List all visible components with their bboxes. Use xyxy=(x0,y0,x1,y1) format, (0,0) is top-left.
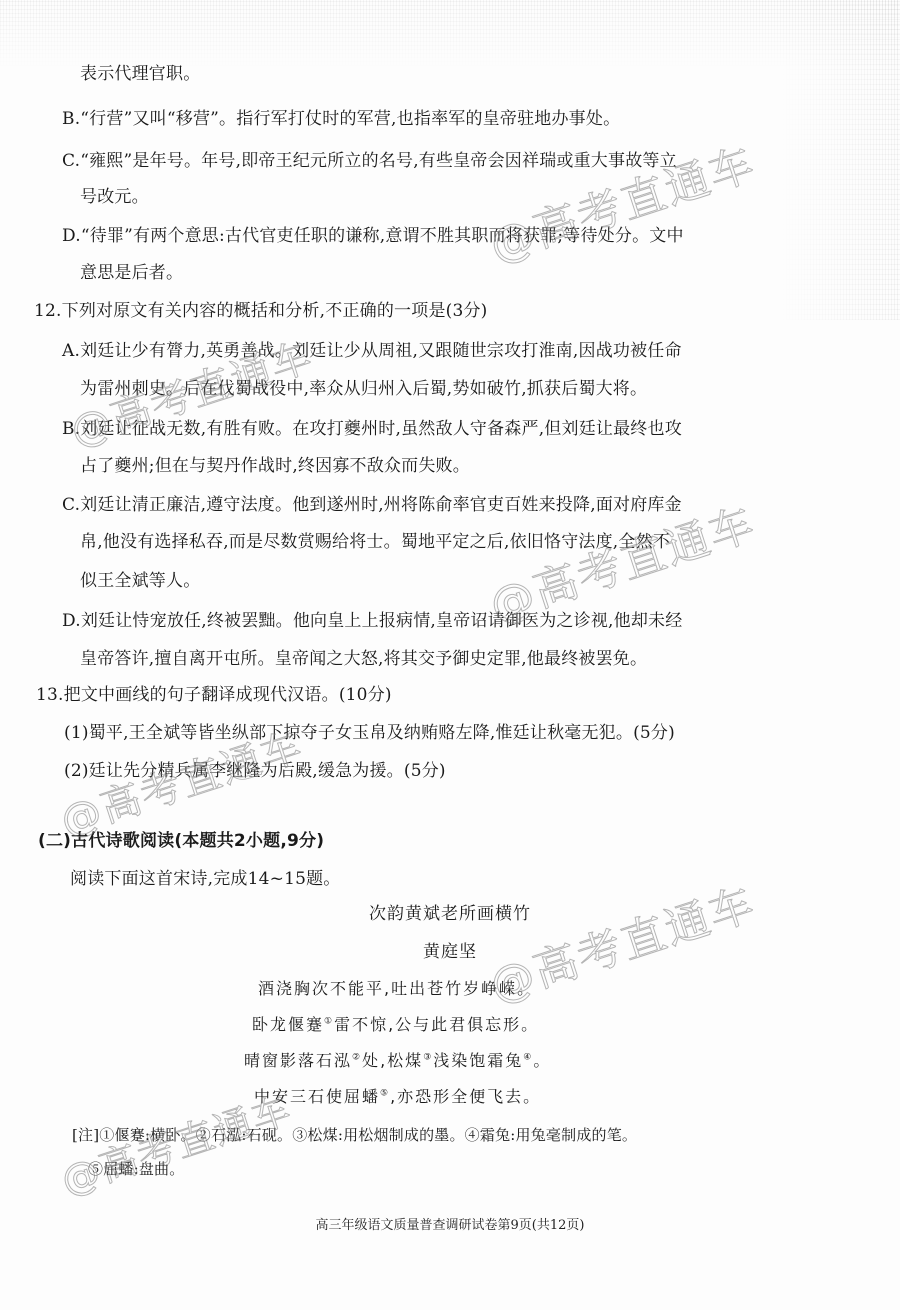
q12-option-d-line2: 皇帝答许,擅自离开屯所。皇帝闻之大怒,将其交予御史定罪,他最终被罢免。 xyxy=(80,648,647,670)
poem-line-2-text-a: 卧龙偃蹇 xyxy=(252,1015,324,1034)
q11-option-a-tail: 表示代理官职。 xyxy=(80,63,200,85)
q13-stem: 13.把文中画线的句子翻译成现代汉语。(10分) xyxy=(36,684,392,706)
poem-author: 黄庭坚 xyxy=(0,941,900,963)
section-heading-poetry: (二)古代诗歌阅读(本题共2小题,9分) xyxy=(38,830,324,852)
q12-option-c-line1: C.刘廷让清正廉洁,遵守法度。他到遂州时,州将陈俞率官吏百姓来投降,面对府库金 xyxy=(62,494,682,516)
scan-noise-right xyxy=(780,0,900,320)
poem-line-4-text-a: 中安三石使屈蟠 xyxy=(254,1087,380,1106)
q11-option-c-line2: 号改元。 xyxy=(80,186,149,208)
section-instruction: 阅读下面这首宋诗,完成14~15题。 xyxy=(70,868,341,890)
q12-option-c-line3: 似王全斌等人。 xyxy=(80,570,200,592)
q12-option-a-line2: 为雷州刺史。后在伐蜀战役中,率众从归州入后蜀,势如破竹,抓获后蜀大将。 xyxy=(80,378,647,400)
poem-line-3-text-c: 浅染饱霜兔 xyxy=(433,1051,523,1070)
q12-option-b-line1: B.刘廷让征战无数,有胜有败。在攻打夔州时,虽然敌人守备森严,但刘廷让最终也攻 xyxy=(62,418,682,440)
q12-option-a-line1: A.刘廷让少有膂力,英勇善战。刘廷让少从周祖,又跟随世宗攻打淮南,因战功被任命 xyxy=(62,340,682,362)
poem-line-2: 卧龙偃蹇①雷不惊,公与此君俱忘形。 xyxy=(252,1014,539,1036)
q12-option-b-line2: 占了夔州;但在与契丹作战时,终因寡不敌众而失败。 xyxy=(80,455,470,477)
q12-option-d-line1: D.刘廷让恃宠放任,终被罢黜。他向皇上上报病情,皇帝诏请御医为之诊视,他却未经 xyxy=(62,610,682,632)
q11-option-b: B.“行营”又叫“移营”。指行军打仗时的军营,也指率军的皇帝驻地办事处。 xyxy=(62,108,620,130)
poem-line-1: 酒浇胸次不能平,吐出苍竹岁峥嵘。 xyxy=(258,978,535,1000)
poem-line-4: 中安三石使屈蟠⑤,亦恐形全便飞去。 xyxy=(254,1086,541,1108)
poem-line-3-text-d: 。 xyxy=(533,1051,551,1070)
q11-option-d-line2: 意思是后者。 xyxy=(80,262,183,284)
footnote-marker-2: ② xyxy=(352,1053,362,1063)
q12-option-c-line2: 帛,他没有选择私吞,而是尽数赏赐给将士。蜀地平定之后,依旧恪守法度,全然不 xyxy=(80,531,670,553)
poem-line-3-text-b: 处,松煤 xyxy=(362,1051,423,1070)
q13-item-2: (2)廷让先分精兵属李继隆为后殿,缓急为援。(5分) xyxy=(64,760,446,782)
poem-line-3: 晴窗影落石泓②处,松煤③浅染饱霜兔④。 xyxy=(244,1050,551,1072)
q12-stem: 12.下列对原文有关内容的概括和分析,不正确的一项是(3分) xyxy=(34,300,488,322)
footnote-marker-3: ③ xyxy=(423,1053,433,1063)
q11-option-c-line1: C.“雍熙”是年号。年号,即帝王纪元所立的名号,有些皇帝会因祥瑞或重大事故等立 xyxy=(62,150,677,172)
footnote-marker-5: ⑤ xyxy=(380,1089,390,1099)
footnote-marker-4: ④ xyxy=(523,1053,533,1063)
q11-option-d-line1: D.“待罪”有两个意思:古代官吏任职的谦称,意谓不胜其职而将获罪;等待处分。文中 xyxy=(62,225,684,247)
poem-title: 次韵黄斌老所画横竹 xyxy=(0,903,900,925)
page-footer: 高三年级语文质量普查调研试卷第9页(共12页) xyxy=(0,1214,900,1233)
poem-notes-line-2: ⑤屈蟠:盘曲。 xyxy=(88,1158,184,1180)
footnote-marker-1: ① xyxy=(324,1017,334,1027)
poem-line-2-text-b: 雷不惊,公与此君俱忘形。 xyxy=(334,1015,539,1034)
poem-line-4-text-b: ,亦恐形全便飞去。 xyxy=(390,1087,541,1106)
poem-line-3-text-a: 晴窗影落石泓 xyxy=(244,1051,352,1070)
scan-noise-top xyxy=(0,0,900,70)
q13-item-1: (1)蜀平,王全斌等皆坐纵部下掠夺子女玉帛及纳贿赂左降,惟廷让秋毫无犯。(5分) xyxy=(64,722,675,744)
poem-notes-line-1: [注]①偃蹇:横卧。②石泓:石砚。③松煤:用松烟制成的墨。④霜兔:用兔毫制成的笔… xyxy=(72,1124,637,1146)
